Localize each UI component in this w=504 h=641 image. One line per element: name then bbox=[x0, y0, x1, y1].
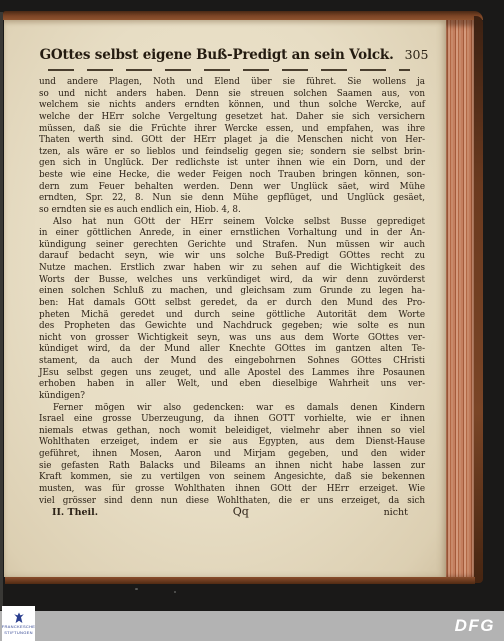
body-line: welche der HErr solche Vergeltung gesetz… bbox=[39, 112, 425, 124]
library-logo-line1: FRANCKESCHE bbox=[2, 625, 36, 630]
book-top-edge bbox=[3, 11, 483, 20]
body-line: beste wie eine Hecke, die weder Feigen n… bbox=[39, 170, 425, 182]
body-line: einen solchen Schluß zu machen, und glei… bbox=[39, 286, 425, 298]
body-line: erhoben haben in aller Welt, und eben di… bbox=[39, 379, 425, 391]
body-line: ben: Hat damals GOtt selbst geredet, da … bbox=[39, 298, 425, 310]
book-cover-edge bbox=[474, 16, 483, 583]
dfg-logo: DFG bbox=[455, 616, 495, 636]
body-line: Kraft kommen, sie zu vertilgen von seine… bbox=[39, 472, 425, 484]
dust-speck bbox=[174, 591, 176, 593]
library-logo: FRANCKESCHE STIFTUNGEN bbox=[2, 606, 35, 641]
body-line: JEsu selbst gegen uns zeuget, und alle A… bbox=[39, 368, 425, 380]
scan-viewport: GOttes selbst eigene Buß-Predigt an sein… bbox=[0, 0, 504, 641]
body-line: dern zum Feuer behalten werden. Denn wer… bbox=[39, 182, 425, 194]
body-line: darauf bedacht seyn, wie wir uns solche … bbox=[39, 251, 425, 263]
body-line: nicht von grosser Wichtigkeit seyn, was … bbox=[39, 333, 425, 345]
body-lines: und andere Plagen, Noth und Elend über s… bbox=[39, 77, 425, 507]
catchword: nicht bbox=[384, 507, 408, 518]
viewer-footer-bar bbox=[0, 611, 504, 641]
page-footer: II. Theil. Qq nicht bbox=[39, 505, 425, 518]
body-line: stament, da auch der Mund des eingebohrn… bbox=[39, 356, 425, 368]
body-line: Also hat nun GOtt der HErr seinem Volcke… bbox=[39, 217, 425, 229]
body-line: Thaten werth sind. GOtt der HErr plaget … bbox=[39, 135, 425, 147]
dust-speck bbox=[135, 588, 138, 590]
header-rule bbox=[48, 69, 410, 71]
body-line: Nutze machen. Erstlich zwar haben wir zu… bbox=[39, 263, 425, 275]
body-line: und andere Plagen, Noth und Elend über s… bbox=[39, 77, 425, 89]
body-line: in einer göttlichen Anrede, in einer ern… bbox=[39, 228, 425, 240]
body-line: kündigen? bbox=[39, 391, 425, 403]
body-line: kündiget wird, da der Mund aller Knechte… bbox=[39, 344, 425, 356]
book-bottom-edge bbox=[5, 577, 475, 584]
body-line: müssen, daß sie die Früchte ihrer Wercke… bbox=[39, 124, 425, 136]
signature-mark: Qq bbox=[233, 505, 249, 518]
body-line: Ferner mögen wir also gedencken: war es … bbox=[39, 403, 425, 415]
body-line: welchem sie nichts anders erndten können… bbox=[39, 100, 425, 112]
book-page: GOttes selbst eigene Buß-Predigt an sein… bbox=[4, 20, 446, 577]
body-line: tzen, als wäre er so lieblos und feindse… bbox=[39, 147, 425, 159]
book-fore-edge bbox=[445, 20, 474, 580]
body-line: niemals etwas gethan, noch womit beleidi… bbox=[39, 426, 425, 438]
body-line: musten, was für grosse Wohlthaten ihnen … bbox=[39, 484, 425, 496]
library-logo-line2: STIFTUNGEN bbox=[4, 631, 33, 636]
body-line: des Propheten das Gewichte und Nachdruck… bbox=[39, 321, 425, 333]
body-line: gen sich in Unglück. Der redlichste ist … bbox=[39, 158, 425, 170]
running-header: GOttes selbst eigene Buß-Predigt an sein… bbox=[38, 47, 430, 63]
body-line: Worts der Busse, welches uns verkündiget… bbox=[39, 275, 425, 287]
body-line: kündigung seiner gerechten Gerichte und … bbox=[39, 240, 425, 252]
book-scan: GOttes selbst eigene Buß-Predigt an sein… bbox=[3, 11, 483, 584]
volume-label: II. Theil. bbox=[52, 507, 98, 518]
body-line: so erndten sie es auch endlich ein, Hiob… bbox=[39, 205, 425, 217]
body-line: erndten, Spr. 22, 8. Nun sie denn Mühe g… bbox=[39, 193, 425, 205]
body-line: sie gefasten Rath Balacks und Bileams an… bbox=[39, 461, 425, 473]
body-line: pheten Michä geredet und durch seine göt… bbox=[39, 310, 425, 322]
body-line: Israel eine grosse Uberzeugung, da ihnen… bbox=[39, 414, 425, 426]
eagle-icon bbox=[13, 612, 25, 624]
page-title: GOttes selbst eigene Buß-Predigt an sein… bbox=[40, 47, 394, 63]
body-line: so und nicht anders haben. Denn sie stre… bbox=[39, 89, 425, 101]
body-line: Wohlthaten erzeiget, indem er sie aus Eg… bbox=[39, 437, 425, 449]
body-line: geführet, ihnen Mosen, Aaron und Mirjam … bbox=[39, 449, 425, 461]
page-number: 305 bbox=[405, 47, 429, 62]
